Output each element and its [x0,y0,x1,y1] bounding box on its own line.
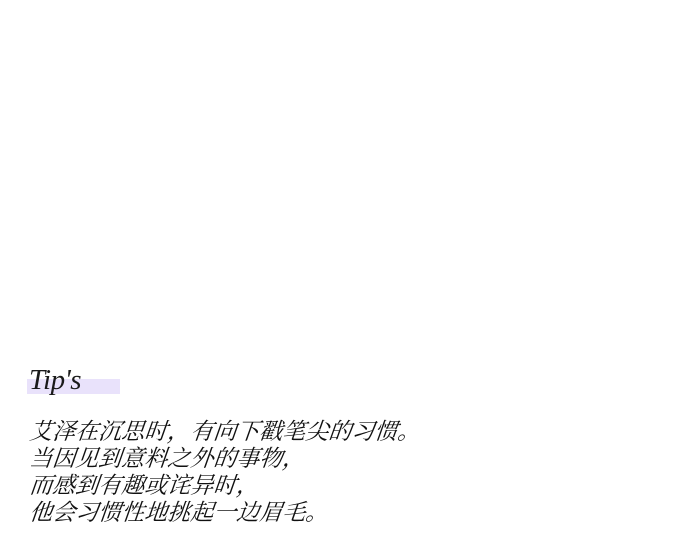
tips-text-block: 艾泽在沉思时，有向下戳笔尖的习惯。 当因见到意料之外的事物， 而感到有趣或诧异时… [28,419,419,527]
tip-line: 艾泽在沉思时，有向下戳笔尖的习惯。 [28,419,422,446]
comic-panel: Tip's 艾泽在沉思时，有向下戳笔尖的习惯。 当因见到意料之外的事物， 而感到… [0,0,690,539]
tip-line: 他会习惯性地挑起一边眉毛。 [28,500,422,527]
tips-heading: Tip's [27,362,127,398]
tip-line: 当因见到意料之外的事物， [28,446,422,473]
tip-line: 而感到有趣或诧异时， [28,473,422,500]
tips-title: Tip's [29,362,81,398]
